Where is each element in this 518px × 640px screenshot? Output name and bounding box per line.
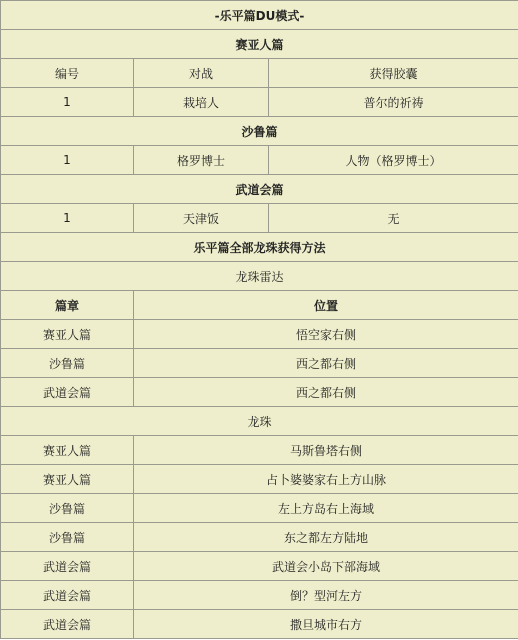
battle-reward: 普尔的祈祷 [269,88,518,117]
subsection-row: 龙珠 [1,407,518,436]
section-header-row: 武道会篇 [1,175,518,204]
table-row: 武道会篇 撒旦城市右方 [1,610,518,639]
table-row: 赛亚人篇 马斯鲁塔右侧 [1,436,518,465]
chapter-cell: 武道会篇 [1,378,134,407]
chapter-cell: 赛亚人篇 [1,320,134,349]
location-cell: 占卜婆婆家右上方山脉 [134,465,518,494]
battle-number: 1 [1,204,134,233]
battle-number: 1 [1,146,134,175]
dragonball-guide-table: -乐平篇DU模式- 赛亚人篇 编号 对战 获得胶囊 1 栽培人 普尔的祈祷 沙鲁… [0,0,518,639]
table-row: 1 栽培人 普尔的祈祷 [1,88,518,117]
table-row: 赛亚人篇 悟空家右侧 [1,320,518,349]
chapter-cell: 赛亚人篇 [1,465,134,494]
section-title-cell: 沙鲁篇 [1,117,518,146]
table-row: 沙鲁篇 左上方岛右上海域 [1,494,518,523]
column-header-capsule: 获得胶囊 [269,59,518,88]
dragonball-subsection-title: 龙珠 [1,407,518,436]
table-row: 沙鲁篇 西之都右侧 [1,349,518,378]
column-header-row: 编号 对战 获得胶囊 [1,59,518,88]
subsection-row: 龙珠雷达 [1,262,518,291]
chapter-cell: 沙鲁篇 [1,349,134,378]
table-row: 1 格罗博士 人物（格罗博士） [1,146,518,175]
column-header-number: 编号 [1,59,134,88]
location-cell: 倒？型河左方 [134,581,518,610]
chapter-cell: 赛亚人篇 [1,436,134,465]
battle-number: 1 [1,88,134,117]
location-cell: 左上方岛右上海域 [134,494,518,523]
column-header-row: 篇章 位置 [1,291,518,320]
chapter-cell: 沙鲁篇 [1,523,134,552]
section-title-saiyan: 赛亚人篇 [1,30,518,59]
column-header-battle: 对战 [134,59,269,88]
column-header-location: 位置 [134,291,518,320]
section-header-row: 沙鲁篇 [1,117,518,146]
location-cell: 东之都左方陆地 [134,523,518,552]
chapter-cell: 武道会篇 [1,581,134,610]
table-row: 武道会篇 倒？型河左方 [1,581,518,610]
location-cell: 马斯鲁塔右侧 [134,436,518,465]
table-row: 武道会篇 武道会小岛下部海域 [1,552,518,581]
page-title: -乐平篇DU模式- [1,1,518,30]
battle-opponent: 天津饭 [134,204,269,233]
chapter-cell: 沙鲁篇 [1,494,134,523]
location-cell: 撒旦城市右方 [134,610,518,639]
location-cell: 西之都右侧 [134,378,518,407]
dragonball-section-title: 乐平篇全部龙珠获得方法 [1,233,518,262]
battle-reward: 无 [269,204,518,233]
battle-opponent: 格罗博士 [134,146,269,175]
section-header-row: 乐平篇全部龙珠获得方法 [1,233,518,262]
location-cell: 武道会小岛下部海域 [134,552,518,581]
column-header-chapter: 篇章 [1,291,134,320]
chapter-cell: 武道会篇 [1,610,134,639]
section-title-tournament: 武道会篇 [1,175,518,204]
chapter-cell: 武道会篇 [1,552,134,581]
table-row: 1 天津饭 无 [1,204,518,233]
location-cell: 西之都右侧 [134,349,518,378]
table-row: 赛亚人篇 占卜婆婆家右上方山脉 [1,465,518,494]
table-row: 武道会篇 西之都右侧 [1,378,518,407]
battle-reward: 人物（格罗博士） [269,146,518,175]
battle-opponent: 栽培人 [134,88,269,117]
location-cell: 悟空家右侧 [134,320,518,349]
table-row: 沙鲁篇 东之都左方陆地 [1,523,518,552]
radar-subsection-title: 龙珠雷达 [1,262,518,291]
title-row: -乐平篇DU模式- [1,1,518,30]
section-header-row: 赛亚人篇 [1,30,518,59]
